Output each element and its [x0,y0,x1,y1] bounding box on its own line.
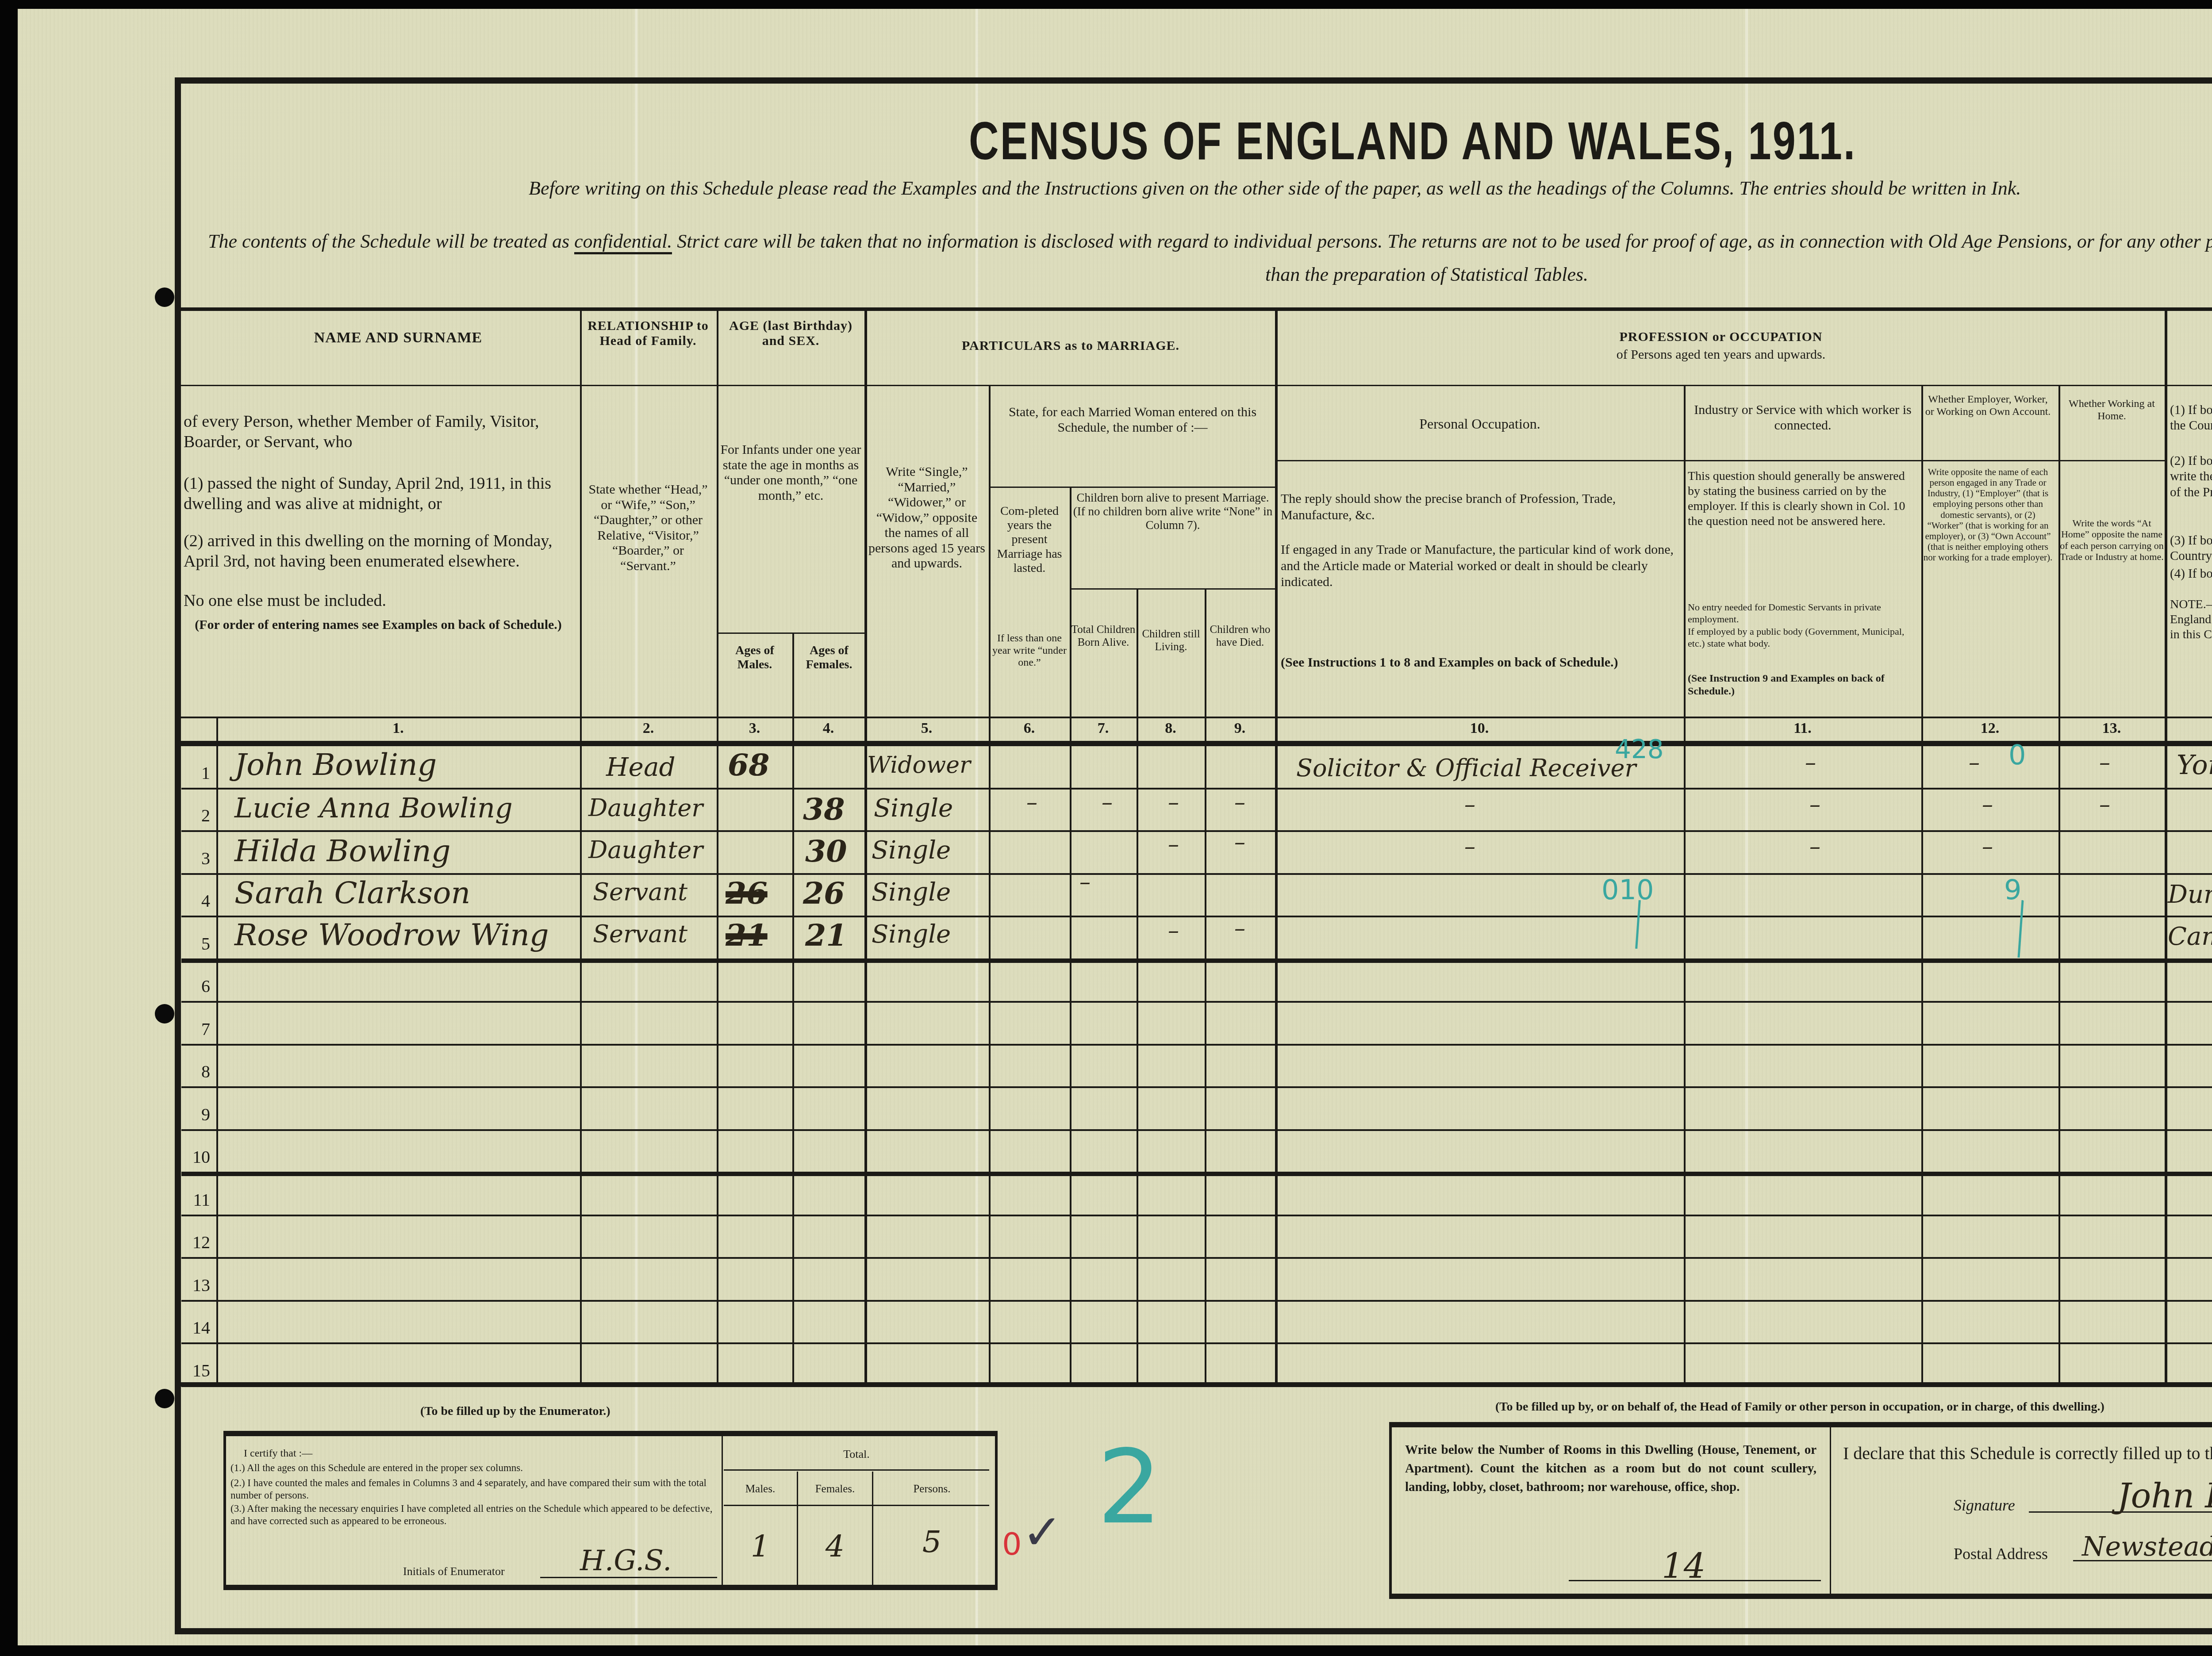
col-divider [717,310,718,1384]
col-divider [580,310,582,1384]
row-line [181,873,2212,875]
relationship-desc: State whether “Head,” or “Wife,” “Son,” … [584,482,712,574]
females-total[interactable]: 4 [798,1529,872,1564]
personal-occupation-desc-3: (See Instructions 1 to 8 and Examples on… [1281,655,1679,671]
punch-hole [155,1004,174,1023]
table-top-border [175,307,2212,311]
row1-birthplace[interactable]: Yorks Batley [2177,750,2212,781]
row4-birthplace[interactable]: Durham Craighead [2168,880,2212,909]
marriage-write-desc: Write “Single,” “Married,” “Widower,” or… [867,464,987,571]
name-desc-5: (For order of entering names see Example… [184,617,573,633]
col-divider [1070,487,1071,1384]
occupation-subheading: of Persons aged ten years and upwards. [1279,347,2163,363]
row-line [181,788,2212,790]
row4-employer-code: 9 [2004,874,2021,906]
row-number: 3 [179,848,210,869]
name-desc-3: (2) arrived in this dwelling on the morn… [184,531,573,572]
employer-label: Whether Employer, Worker, or Working on … [1923,394,2053,418]
row2-col7[interactable]: – [1102,790,1113,815]
row-number: 9 [179,1104,210,1125]
birthplace-desc-3: (3) If born in a Foreign Country, write … [2170,533,2212,564]
employer-desc: Write opposite the name of each person e… [1923,467,2053,563]
row3-marital[interactable]: Single [872,836,951,865]
birthplace-desc-2: (2) If born in any other part of the Bri… [2170,453,2212,500]
personal-occupation-label: Personal Occupation. [1279,416,1681,432]
row-number: 10 [179,1146,210,1167]
heading-subline [177,385,2212,386]
row4-col7[interactable]: – [1079,869,1091,895]
declaration-text: I declare that this Schedule is correctl… [1843,1443,2212,1464]
age-females-label: Ages of Females. [794,644,864,672]
total-subline [724,1505,989,1506]
row1-relationship[interactable]: Head [606,752,676,782]
industry-label: Industry or Service with which worker is… [1686,402,1920,433]
birthplace-note: NOTE.—In the case of persons born elsewh… [2170,597,2212,642]
row3-name[interactable]: Hilda Bowling [234,834,450,869]
row-number: 12 [179,1232,210,1253]
col-divider [792,632,794,1384]
row-number: 7 [179,1019,210,1039]
heading-relationship: RELATIONSHIP to Head of Family. [582,318,714,349]
personal-occupation-desc-2: If engaged in any Trade or Manufacture, … [1281,542,1679,590]
enumerator-teal-mark: 2 [1097,1429,1162,1547]
heading-marriage: PARTICULARS as to MARRIAGE. [867,338,1274,353]
birthplace-desc-4: (4) If born at sea, write “At Sea.” [2170,566,2212,582]
row-line [181,830,2212,832]
row-line [181,1300,2212,1302]
row5-relationship[interactable]: Servant [593,920,687,948]
col-number-13: 13. [2058,720,2165,737]
row3-relationship[interactable]: Daughter [588,836,703,864]
row2-relationship[interactable]: Daughter [588,794,703,822]
marriage-have-died: Children who have Died. [1206,624,1274,649]
row4-age-female[interactable]: 26 [803,876,845,911]
row1-occupation[interactable]: Solicitor & Official Receiver [1296,754,1636,782]
row-line [181,1044,2212,1046]
col-number-1: 1. [216,720,580,737]
row3-age-female[interactable]: 30 [805,834,847,869]
birthplace-subheading: of every person. [2168,345,2212,360]
col-number-5: 5. [864,720,989,737]
row-line [181,1257,2212,1259]
row-line [181,1001,2212,1003]
males-label: Males. [724,1483,797,1496]
females-label: Females. [798,1483,872,1496]
row1-employer[interactable]: – [1969,750,1980,775]
row2-employer[interactable]: – [1982,792,1993,817]
age-desc: For Infants under one year state the age… [719,442,863,503]
marriage-state-desc: State, for each Married Woman entered on… [991,405,1274,435]
row3-col9[interactable]: – [1234,829,1245,855]
punch-hole [155,1389,174,1408]
heading-birthplace: BIRTHPLACE [2168,327,2212,342]
confidential-word: confidential. [574,230,672,254]
row-number: 8 [179,1061,210,1082]
col-divider [1684,385,1686,1384]
col-number-12: 12. [1921,720,2058,737]
employer-subline [1921,460,2165,461]
enumerator-tick-mark: ✓ [1022,1504,1063,1560]
col-divider [216,717,218,1384]
home-desc: Write the words “At Home” opposite the n… [2060,517,2164,562]
occupier-heading: (To be filled up by, or on behalf of, th… [1495,1400,2104,1414]
row2-occupation[interactable]: – [1464,792,1475,817]
row4-marital[interactable]: Single [872,878,951,907]
row2-col6[interactable]: – [1026,790,1037,815]
row1-name[interactable]: John Bowling [234,747,437,782]
name-desc-4: No one else must be included. [184,590,573,611]
row5-age-male-struck[interactable]: 21 [726,918,768,953]
row-number: 4 [179,890,210,911]
row-line [181,1172,2212,1176]
total-label: Total. [724,1447,989,1461]
row-number: 2 [179,805,210,826]
col-number-6: 6. [989,720,1070,737]
enumerator-box: I certify that :— (1.) All the ages on t… [223,1431,998,1590]
home-label: Whether Working at Home. [2060,398,2164,422]
col-divider [1275,310,1278,1384]
col-number-8: 8. [1137,720,1205,737]
row1-home[interactable]: – [2099,750,2110,775]
row-number: 15 [179,1360,210,1381]
col-number-11: 11. [1684,720,1921,737]
age-males-label: Ages of Males. [719,644,791,672]
certify-label: I certify that :— [244,1447,312,1460]
postal-address-label: Postal Address [1954,1545,2048,1564]
row3-industry[interactable]: – [1809,834,1820,859]
persons-total[interactable]: 5 [873,1525,991,1560]
row-line [181,958,2212,963]
signature-value[interactable]: John Bowling [2117,1476,2212,1515]
row5-col9[interactable]: – [1234,916,1245,941]
certify-2: (2.) I have counted the males and female… [230,1477,717,1502]
total-subline [724,1469,989,1471]
marriage-completed-note: If less than one year write “under one.” [990,632,1069,669]
row-line [181,1215,2212,1216]
marriage-still-living: Children still Living. [1138,628,1204,654]
enumerator-heading: (To be filled up by the Enumerator.) [420,1404,611,1418]
enumerator-red-mark: 0 [1002,1526,1022,1562]
industry-desc-4: (See Instruction 9 and Examples on back … [1688,672,1918,698]
heading-occupation: PROFESSION or OCCUPATION [1279,330,2163,345]
col-number-3: 3. [717,720,792,737]
row4-occupation-code: 010 [1601,874,1654,906]
industry-desc-1: This question should generally be answer… [1688,469,1918,529]
row1-occupation-code: 428 [1615,734,1664,764]
row1-employer-code: 0 [2008,739,2026,771]
marriage-subline [989,487,1275,488]
row-line [181,1385,2212,1387]
name-desc-2: (1) passed the night of Sunday, April 2n… [184,473,573,514]
rooms-count[interactable]: 14 [1662,1547,1705,1587]
row-line [181,916,2212,917]
col-number-14: 14. [2165,720,2212,737]
children-subline [1070,588,1275,590]
col-divider [1137,588,1138,1384]
total-divider [722,1436,723,1590]
name-desc-1: of every Person, whether Member of Famil… [184,411,573,452]
industry-desc-2: No entry needed for Domestic Servants in… [1688,602,1918,625]
row1-industry[interactable]: – [1805,750,1816,775]
confidential-notice-line2: than the preparation of Statistical Tabl… [1265,263,1588,286]
col-number-9: 9. [1205,720,1275,737]
marriage-total-born: Total Children Born Alive. [1071,624,1136,649]
industry-desc-3: If employed by a public body (Government… [1688,626,1918,650]
row-number: 5 [179,933,210,954]
page-title: CENSUS OF ENGLAND AND WALES, 1911. [969,111,1856,172]
row-number: 13 [179,1275,210,1296]
row2-home[interactable]: – [2099,792,2110,817]
row2-marital[interactable]: Single [874,794,953,823]
males-total[interactable]: 1 [724,1529,797,1564]
marriage-children: Children born alive to present Marriage.… [1071,491,1274,532]
personal-occupation-desc-1: The reply should show the precise branch… [1281,491,1679,523]
row2-col8[interactable]: – [1168,790,1179,815]
row-line [181,1342,2212,1344]
persons-label: Persons. [873,1483,991,1496]
row4-age-male-struck[interactable]: 26 [726,876,768,911]
row-number: 11 [179,1189,210,1210]
initials-label: Initials of Enumerator [403,1564,505,1579]
row4-relationship[interactable]: Servant [593,878,687,906]
enumerator-initials[interactable]: H.G.S. [580,1545,672,1577]
row1-age-male[interactable]: 68 [728,747,770,783]
row1-marital[interactable]: Widower [867,752,971,778]
row5-name[interactable]: Rose Woodrow Wing [234,918,549,953]
col-divider [2165,310,2167,1384]
signature-label: Signature [1954,1496,2015,1515]
row5-birthplace[interactable]: Cambridge Walton [2168,922,2212,951]
punch-hole [155,287,174,307]
postal-address-value[interactable]: Newstead House, 44 Spencer Place, Leeds [2082,1531,2212,1562]
row-number: 1 [179,763,210,783]
row5-marital[interactable]: Single [872,920,951,949]
occupier-box: Write below the Number of Rooms in this … [1389,1422,2212,1599]
row5-age-female[interactable]: 21 [805,918,847,953]
heading-age: AGE (last Birthday) and SEX. [719,318,863,349]
confidential-notice: The contents of the Schedule will be tre… [208,230,2212,253]
row2-col9[interactable]: – [1234,790,1245,815]
birthplace-desc-1: (1) If born in the United Kingdom, write… [2170,402,2212,434]
occupation-subline [1275,460,1921,461]
col-number-4: 4. [792,720,864,737]
heading-name: NAME AND SURNAME [216,330,580,346]
row3-employer[interactable]: – [1982,834,1993,859]
col-divider [1205,588,1206,1384]
occupier-divider [1830,1427,1831,1598]
col-number-2: 2. [580,720,717,737]
col-number-7: 7. [1070,720,1137,737]
table-header-bottom [175,717,2212,718]
certify-1: (1.) All the ages on this Schedule are e… [230,1462,717,1474]
row-line [181,1129,2212,1131]
row3-occupation[interactable]: – [1464,834,1475,859]
row2-age-female[interactable]: 38 [803,792,845,827]
row4-name[interactable]: Sarah Clarkson [234,876,470,911]
table-body-top [180,741,2212,746]
row-number: 14 [179,1317,210,1338]
row5-col8[interactable]: – [1168,918,1179,943]
row2-name[interactable]: Lucie Anna Bowling [234,792,513,824]
rooms-instruction: Write below the Number of Rooms in this … [1405,1441,1816,1496]
row3-col8[interactable]: – [1168,832,1179,857]
row-line [181,1086,2212,1088]
row-number: 6 [179,976,210,997]
instruction-text: Before writing on this Schedule please r… [529,177,2021,199]
age-subline [717,632,864,634]
row2-industry[interactable]: – [1809,792,1820,817]
marriage-completed: Com-pleted years the present Marriage ha… [990,504,1069,575]
certify-3: (3.) After making the necessary enquirie… [230,1503,717,1527]
